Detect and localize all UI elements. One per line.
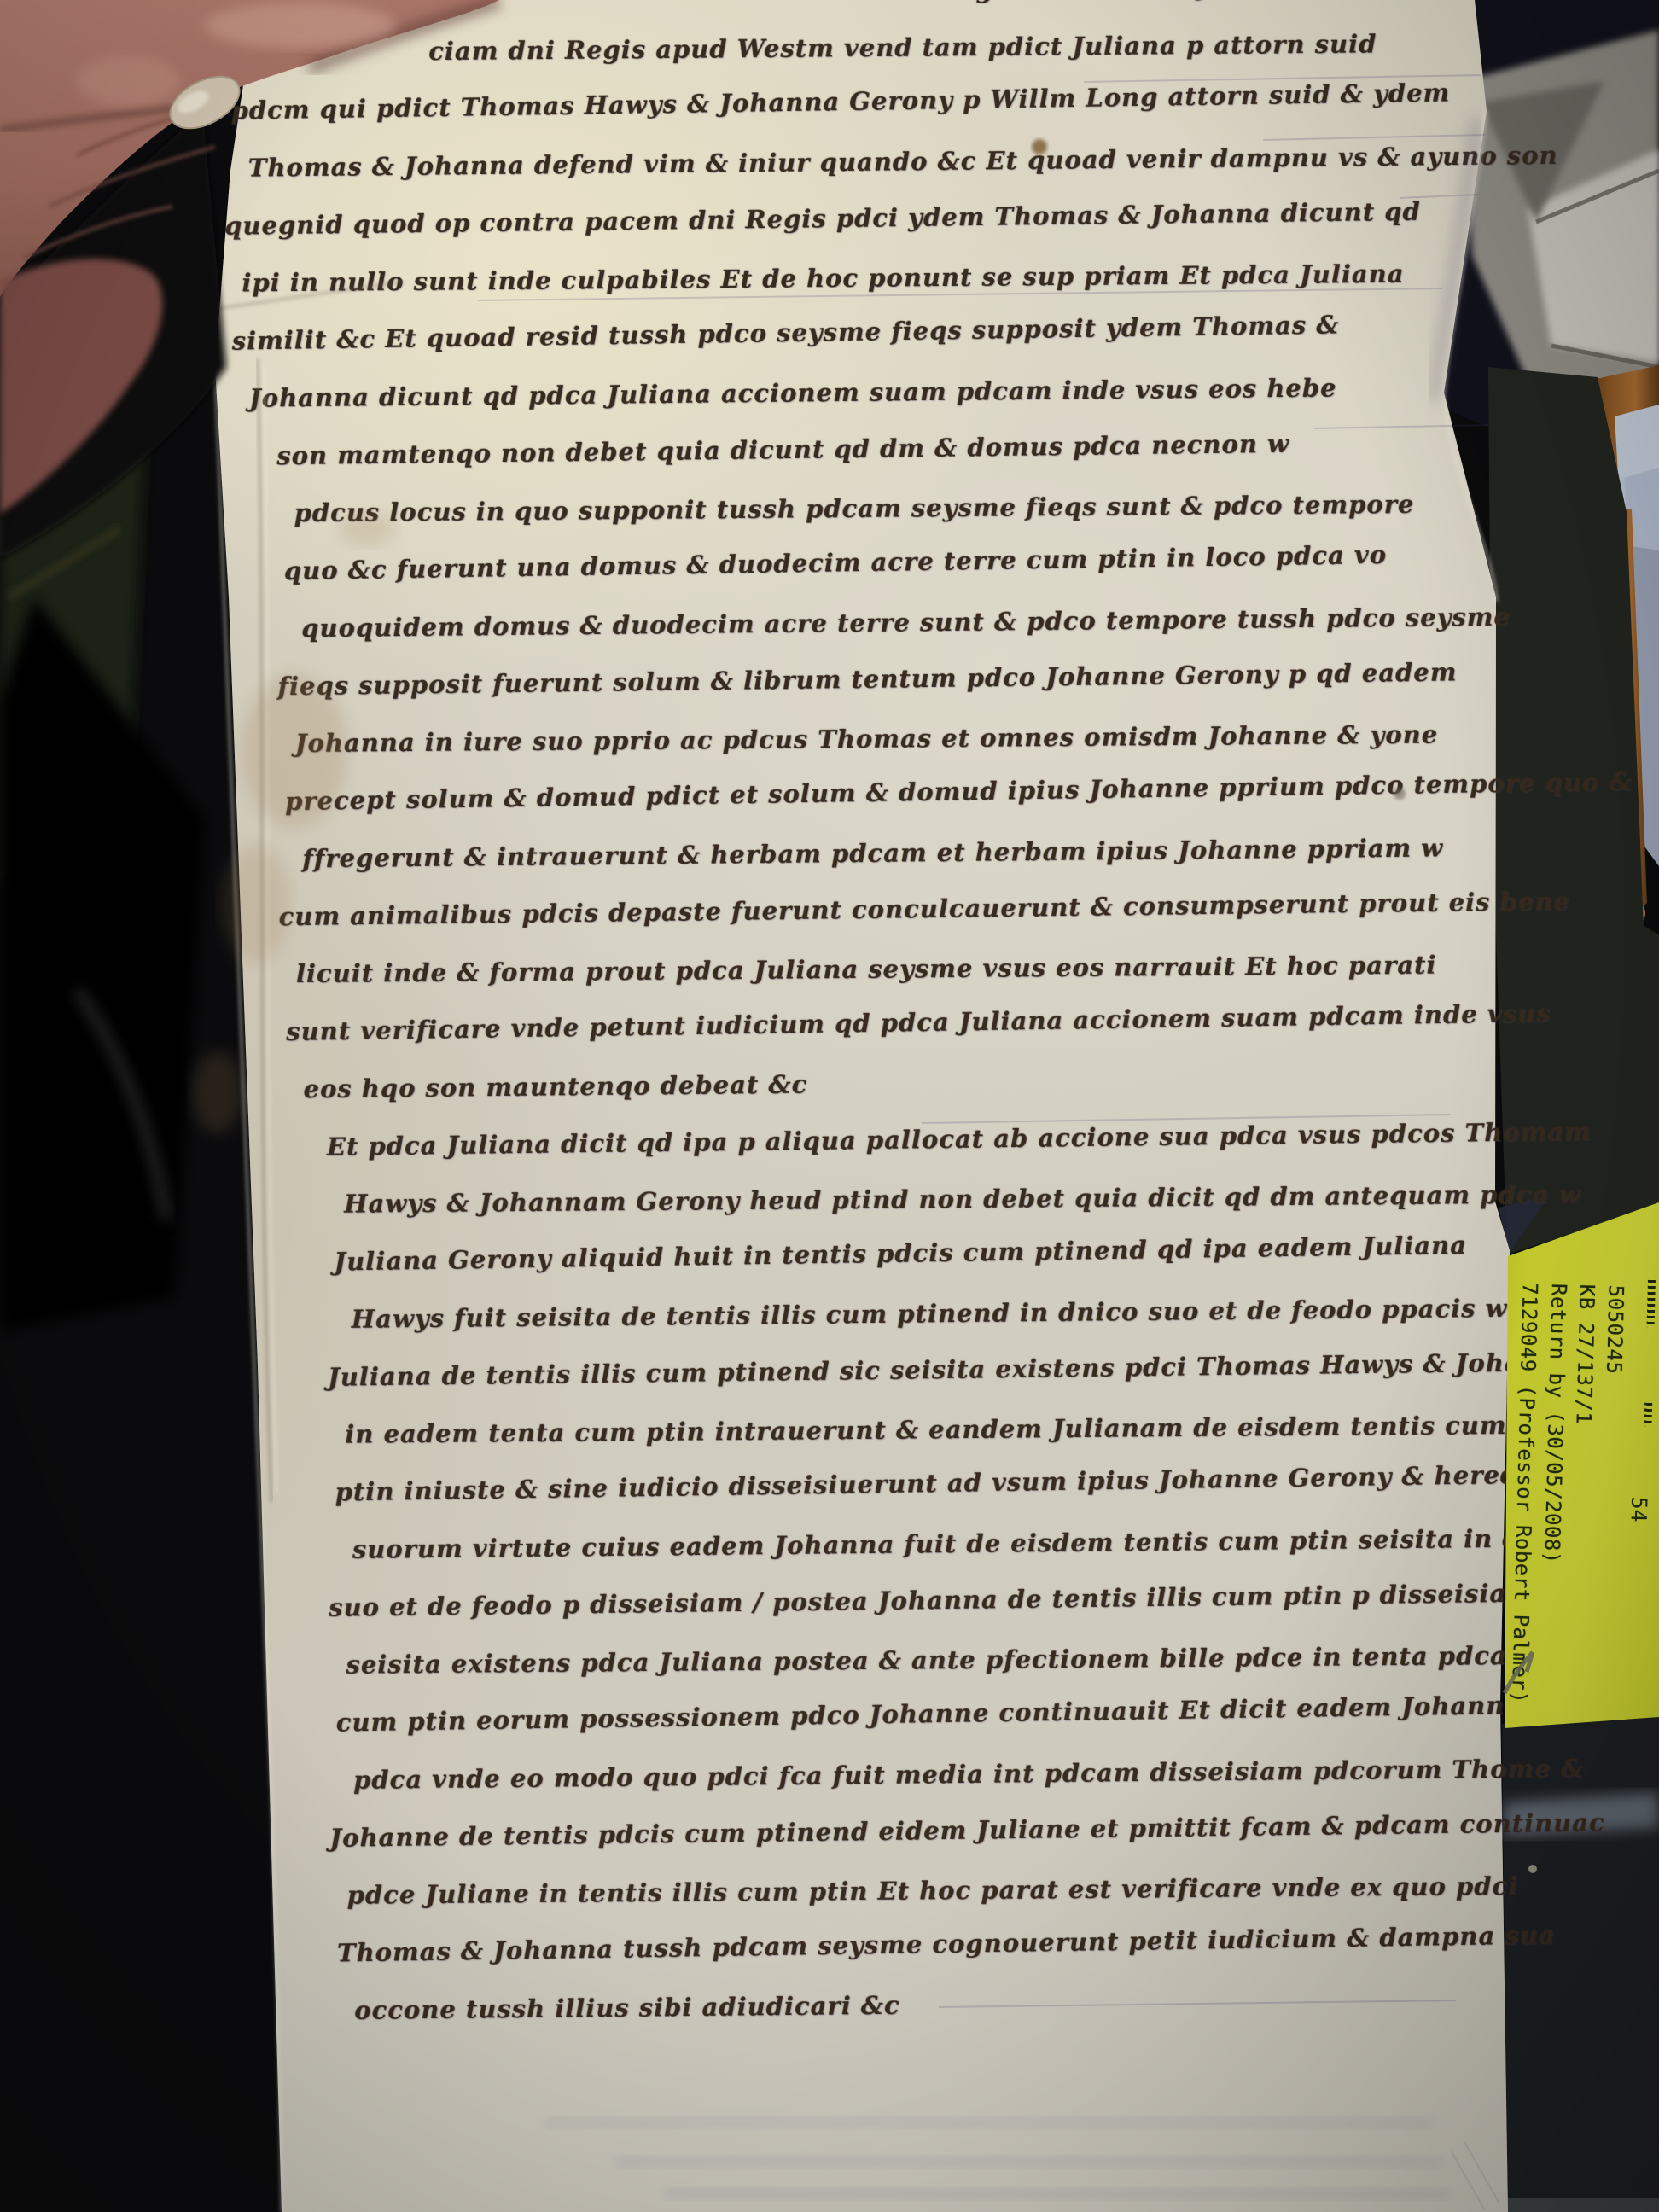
photograph-scene: magnend & tent ayciam dni Regis apud Wes… — [0, 0, 1659, 2212]
pencil-mark — [1505, 1652, 1533, 1693]
hand-layer — [0, 0, 1659, 2212]
